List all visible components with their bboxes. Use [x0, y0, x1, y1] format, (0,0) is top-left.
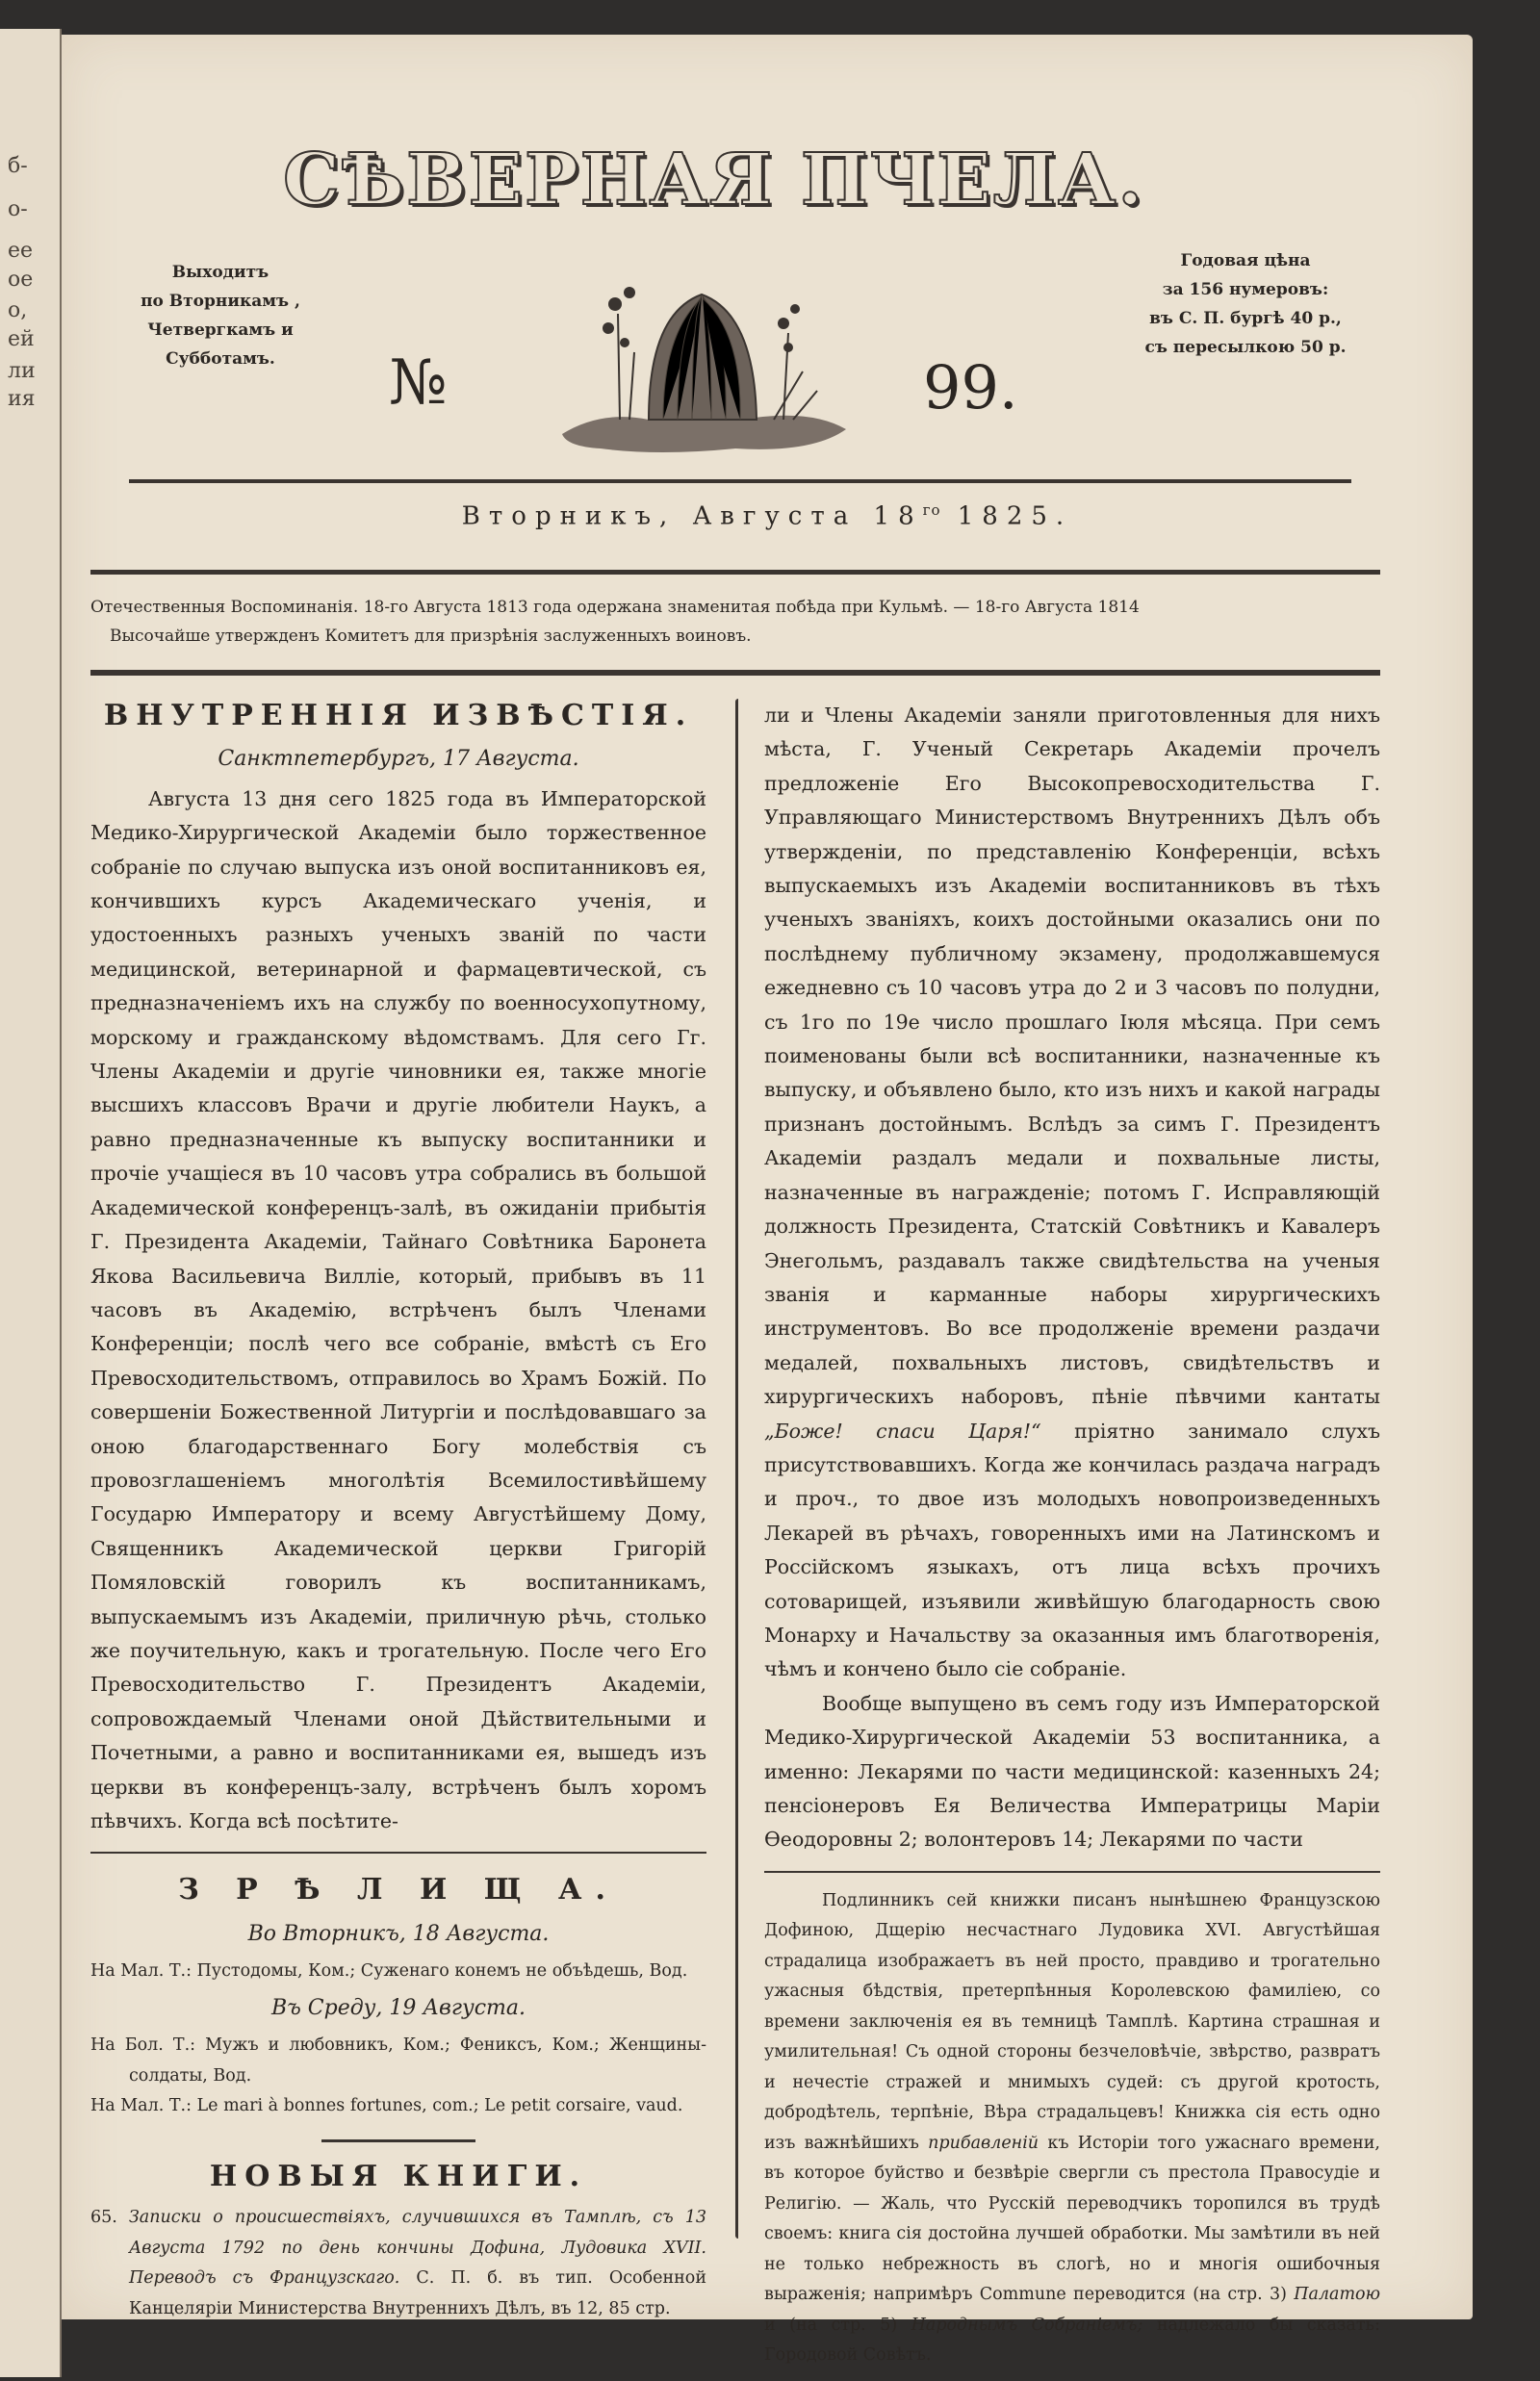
margin-fragment: ей	[8, 327, 35, 351]
masthead-title: СѢВЕРНАЯ ПЧЕЛА.	[283, 139, 1144, 221]
graduates-summary: Вообще выпущено въ семъ году изъ Императ…	[764, 1687, 1380, 1857]
notice-rule	[90, 670, 1380, 676]
date-ordinal: го	[923, 501, 941, 519]
book-listing: 65. Записки о происшествіяхъ, случившихс…	[90, 2203, 706, 2324]
margin-fragment: ли	[8, 359, 36, 383]
section-heading-new-books: НОВЫЯ КНИГИ.	[90, 2160, 706, 2193]
article-text: ли и Члены Академіи заняли приготовленны…	[764, 704, 1380, 1408]
margin-fragment: ия	[8, 387, 36, 411]
newspaper-page: СѢВЕРНАЯ ПЧЕЛА. Выходитъ по Вторникамъ ,…	[62, 35, 1473, 2319]
notice-line: Высочайше утвержденъ Комитетъ для призрѣ…	[90, 622, 1371, 651]
issue-days-line: Выходитъ	[110, 258, 331, 287]
date-rule	[90, 570, 1380, 575]
margin-fragment: ее	[8, 239, 33, 263]
section-heading-theatres: З Р Ѣ Л И Щ А.	[90, 1873, 706, 1907]
review-text: Подлинникъ сей книжки писанъ нынѣшнею Фр…	[764, 1891, 1380, 2153]
masthead-rule	[129, 479, 1351, 483]
book-number: 65.	[90, 2208, 117, 2227]
number-sign: №	[389, 347, 448, 419]
issue-days: Выходитъ по Вторникамъ , Четвергкамъ и С…	[110, 258, 331, 373]
date-year: 1825.	[958, 502, 1072, 531]
margin-fragment: б-	[8, 154, 28, 178]
annual-price: Годовая цѣна за 156 нумеровъ: въ С. П. б…	[1120, 246, 1371, 362]
footnote-divider	[764, 1871, 1380, 1873]
article-body: Августа 13 дня сего 1825 года въ Императ…	[90, 782, 706, 1839]
notice-line: Отечественныя Воспоминанія. 18-го Август…	[90, 593, 1371, 622]
book-review: Подлинникъ сей книжки писанъ нынѣшнею Фр…	[764, 1886, 1380, 2371]
issue-days-line: Четвергкамъ и	[110, 316, 331, 345]
date-text: Вторникъ, Августа 18	[462, 502, 923, 531]
article-text: пріятно занимало слухъ присутствовавшихъ…	[764, 1420, 1380, 1681]
issue-days-line: по Вторникамъ ,	[110, 287, 331, 316]
issue-days-line: Субботамъ.	[110, 345, 331, 373]
left-column: ВНУТРЕННІЯ ИЗВѢСТІЯ. Санктпетербургъ, 17…	[90, 699, 706, 2324]
review-text: и (на стр. 5)	[764, 2316, 911, 2335]
article-continuation: ли и Члены Академіи заняли приготовленны…	[764, 699, 1380, 1687]
review-text: къ Исторіи того ужаснаго времени, въ кот…	[764, 2134, 1380, 2305]
review-emphasis: Палатою	[1294, 2285, 1380, 2304]
performance-listing: На Бол. Т.: Мужъ и любовникъ, Ком.; Фени…	[90, 2031, 706, 2091]
anniversary-notice: Отечественныя Воспоминанія. 18-го Август…	[90, 593, 1371, 651]
margin-fragment: о-	[8, 197, 28, 221]
margin-fragment: ое	[8, 268, 33, 292]
review-emphasis: Народнымъ Собраніемъ;	[911, 2316, 1143, 2335]
section-divider	[90, 1852, 706, 1854]
issue-number: 99.	[923, 352, 1018, 422]
issue-date: Вторникъ, Августа 18го 1825.	[62, 501, 1473, 531]
performance-listing: На Мал. Т.: Le mari à bonnes fortunes, c…	[90, 2091, 706, 2122]
column-divider	[735, 699, 744, 2239]
previous-page-edge: б- о- ее ое о, ей ли ия	[0, 29, 62, 2377]
price-line: въ С. П. бургѣ 40 р.,	[1120, 304, 1371, 333]
performance-day: Въ Среду, 19 Августа.	[90, 1991, 706, 2025]
right-column: ли и Члены Академіи заняли приготовленны…	[764, 699, 1380, 2371]
performance-day: Во Вторникъ, 18 Августа.	[90, 1917, 706, 1951]
review-emphasis: прибавленій	[928, 2134, 1039, 2153]
article-dateline: Санктпетербургъ, 17 Августа.	[90, 742, 706, 776]
performance-listing: На Мал. Т.: Пустодомы, Ком.; Суженаго ко…	[90, 1957, 706, 1987]
beehive-emblem-icon	[543, 275, 860, 458]
section-divider-short	[321, 2139, 475, 2142]
margin-fragment: о,	[8, 298, 27, 322]
price-line: Годовая цѣна	[1120, 246, 1371, 275]
cantata-title: „Боже! спаси Царя!“	[764, 1420, 1041, 1443]
section-heading-domestic-news: ВНУТРЕННІЯ ИЗВѢСТІЯ.	[90, 699, 706, 732]
price-line: съ пересылкою 50 р.	[1120, 333, 1371, 362]
price-line: за 156 нумеровъ:	[1120, 275, 1371, 304]
